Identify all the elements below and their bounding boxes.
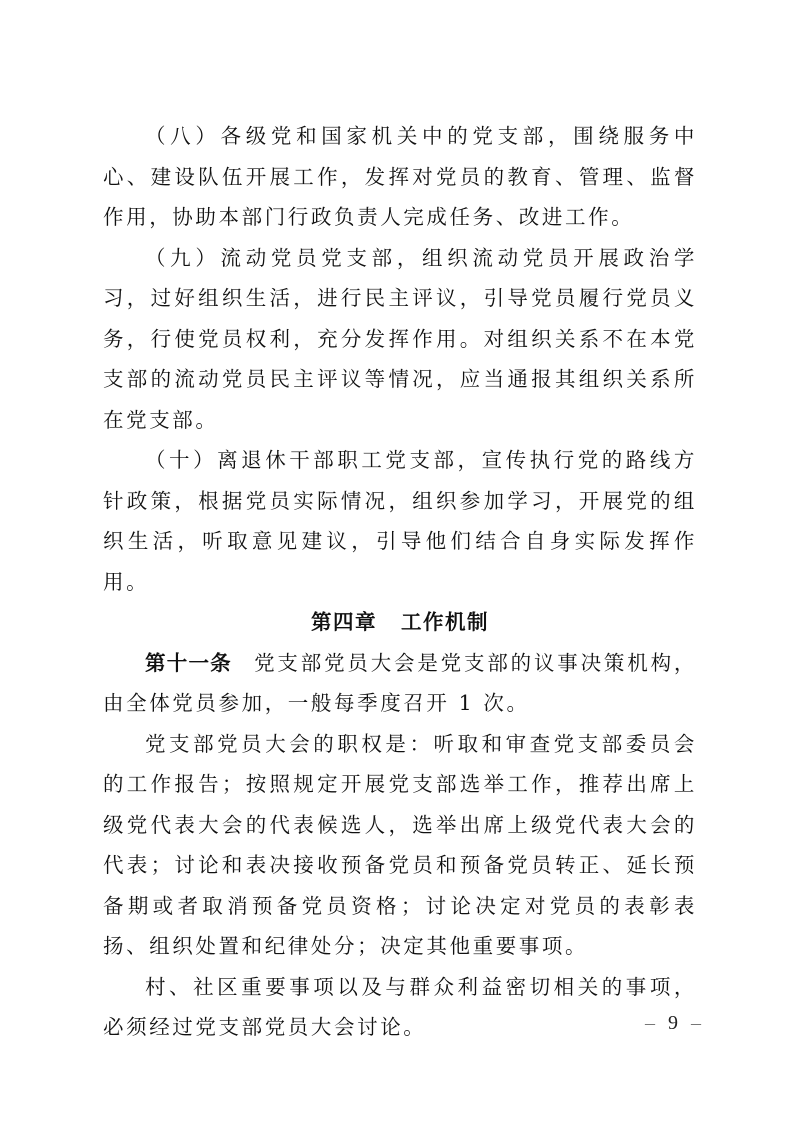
chapter-number: 第四章 (311, 610, 377, 634)
body-text: （八）各级党和国家机关中的党支部，围绕服务中心、建设队伍开展工作，发挥对党员的教… (103, 116, 697, 1048)
paragraph-item-10: （十）离退休干部职工党支部，宣传执行党的路线方针政策，根据党员实际情况，组织参加… (103, 440, 697, 602)
page-number-dash-left: – (645, 1012, 659, 1034)
paragraph-item-9: （九）流动党员党支部，组织流动党员开展政治学习，过好组织生活，进行民主评议，引导… (103, 238, 697, 441)
chapter-heading: 第四章工作机制 (103, 602, 697, 643)
paragraph-item-8: （八）各级党和国家机关中的党支部，围绕服务中心、建设队伍开展工作，发挥对党员的教… (103, 116, 697, 238)
article-label: 第十一条 (145, 651, 232, 675)
page-number: – 9 – (645, 1012, 705, 1035)
article-paragraph-village: 村、社区重要事项以及与群众利益密切相关的事项，必须经过党支部党员大会讨论。 (103, 967, 697, 1048)
page-number-value: 9 (668, 1012, 682, 1034)
article-paragraph-powers: 党支部党员大会的职权是：听取和审查党支部委员会的工作报告；按照规定开展党支部选举… (103, 724, 697, 967)
document-page: （八）各级党和国家机关中的党支部，围绕服务中心、建设队伍开展工作，发挥对党员的教… (0, 0, 793, 1122)
chapter-title: 工作机制 (401, 610, 489, 634)
article-paragraph: 第十一条党支部党员大会是党支部的议事决策机构，由全体党员参加，一般每季度召开 1… (103, 643, 697, 724)
page-number-dash-right: – (691, 1012, 705, 1034)
